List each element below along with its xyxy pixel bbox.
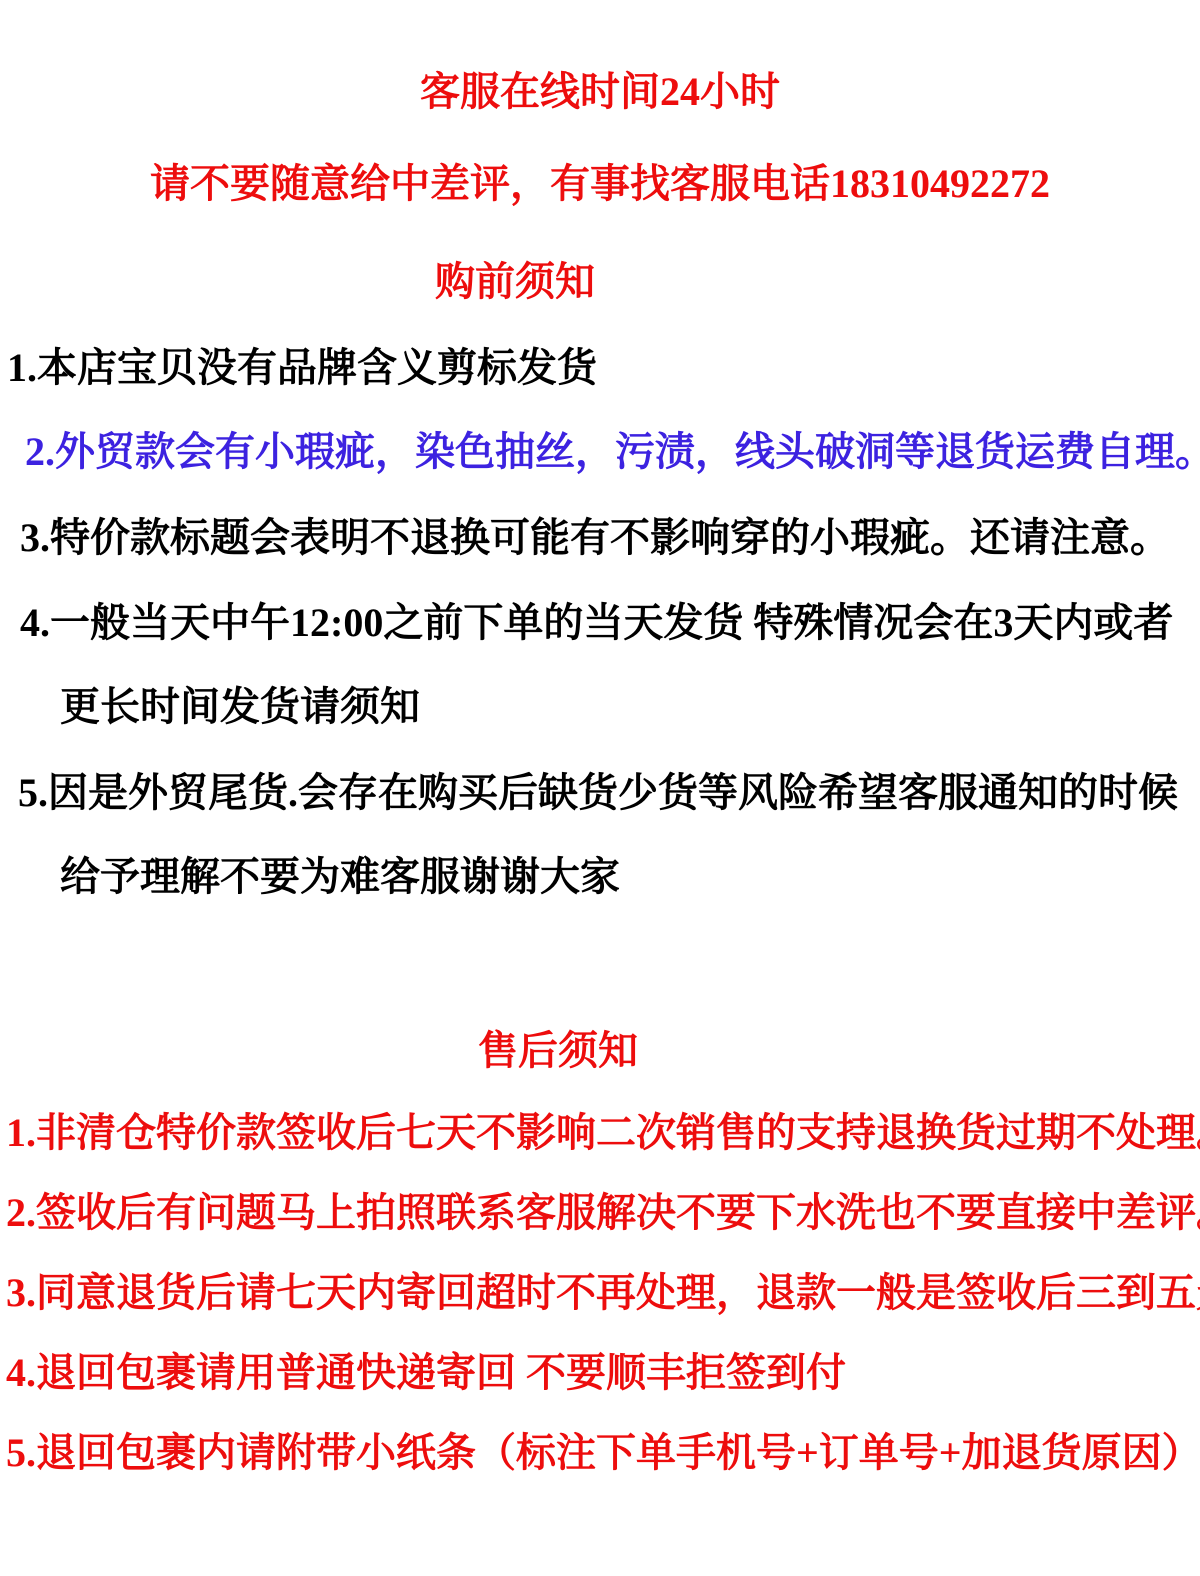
after-sales-item-3: 3.同意退货后请七天内寄回超时不再处理，退款一般是签收后三到五天 [0,1253,1200,1333]
pre-purchase-item-5-line-2: 给予理解不要为难客服谢谢大家 [0,835,1200,919]
pre-purchase-item-3: 3.特价款标题会表明不退换可能有不影响穿的小瑕疵。还请注意。 [0,496,1200,580]
after-sales-item-4: 4.退回包裹请用普通快递寄回 不要顺丰拒签到付 [0,1333,1200,1413]
notice-page: 客服在线时间24小时 请不要随意给中差评，有事找客服电话18310492272 … [0,0,1200,1576]
after-sales-item-1: 1.非清仓特价款签收后七天不影响二次销售的支持退换货过期不处理。 [0,1093,1200,1173]
pre-purchase-item-1: 1.本店宝贝没有品牌含义剪标发货 [0,326,1200,410]
after-sales-item-2: 2.签收后有问题马上拍照联系客服解决不要下水洗也不要直接中差评。 [0,1173,1200,1253]
pre-purchase-item-4-line-2: 更长时间发货请须知 [0,665,1200,749]
pre-purchase-item-4-line-1: 4.一般当天中午12:00之前下单的当天发货 特殊情况会在3天内或者 [0,581,1200,665]
pre-purchase-list: 1.本店宝贝没有品牌含义剪标发货 2.外贸款会有小瑕疵，染色抽丝，污渍，线头破洞… [0,326,1200,919]
after-sales-heading: 售后须知 [0,1009,1158,1093]
after-sales-list: 1.非清仓特价款签收后七天不影响二次销售的支持退换货过期不处理。 2.签收后有问… [0,1093,1200,1493]
pre-purchase-item-2: 2.外贸款会有小瑕疵，染色抽丝，污渍，线头破洞等退货运费自理。 [0,410,1200,494]
pre-purchase-heading: 购前须知 [0,240,1115,324]
review-warning-line: 请不要随意给中差评，有事找客服电话18310492272 [0,142,1200,226]
service-hours-title: 客服在线时间24小时 [0,50,1200,134]
after-sales-item-5: 5.退回包裹内请附带小纸条（标注下单手机号+订单号+加退货原因） [0,1413,1200,1493]
pre-purchase-item-5-line-1: 5.因是外贸尾货.会存在购买后缺货少货等风险希望客服通知的时候 [0,751,1200,835]
